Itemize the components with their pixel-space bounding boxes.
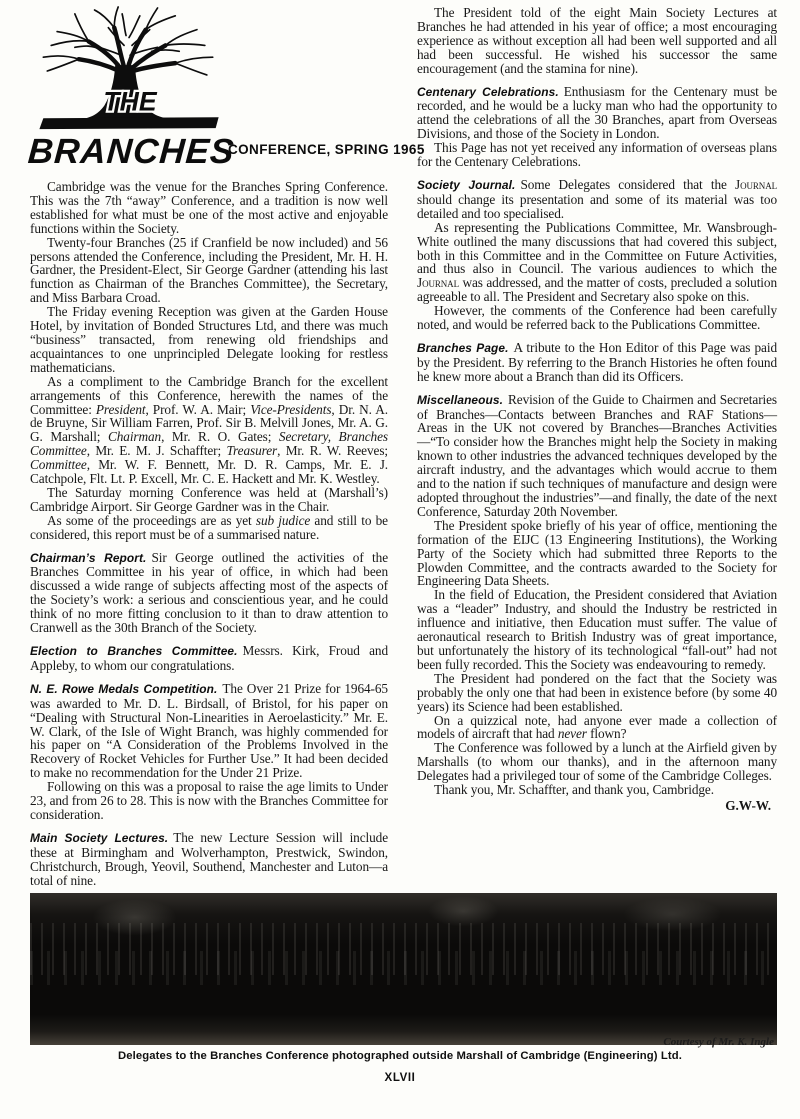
section-heading: Centenary Celebrations.	[417, 85, 564, 99]
text-segment: The Over 21 Prize for 1964-65 was awarde…	[30, 681, 388, 780]
paragraph: As representing the Publications Committ…	[417, 221, 777, 304]
paragraph: However, the comments of the Conference …	[417, 304, 777, 332]
right-column: The President told of the eight Main Soc…	[417, 6, 777, 813]
paragraph: On a quizzical note, had anyone ever mad…	[417, 714, 777, 742]
photo-credit: Courtesy of Mr. K. Ingle	[663, 1036, 774, 1048]
section-heading: Chairman’s Report.	[30, 551, 151, 565]
section-paragraph: Election to Branches Committee.Messrs. K…	[30, 644, 388, 673]
text-segment: Chairman	[108, 429, 161, 444]
text-segment: flown?	[587, 726, 627, 741]
paragraph: Twenty-four Branches (25 if Cranfield be…	[30, 236, 388, 306]
section-heading: Branches Page.	[417, 341, 514, 355]
text-segment: Revision of the Guide to Chairmen and Se…	[417, 392, 777, 519]
text-segment: The Friday evening Reception was given a…	[30, 304, 388, 375]
logo-the-text: THE	[103, 86, 157, 116]
text-segment: Cambridge was the venue for the Branches…	[30, 179, 388, 236]
text-segment: should change its presentation and some …	[417, 192, 777, 221]
paragraph: The President spoke briefly of his year …	[417, 519, 777, 589]
text-segment: In the field of Education, the President…	[417, 587, 777, 672]
text-segment: The Conference was followed by a lunch a…	[417, 740, 777, 783]
page-header: THE BRANCHES CONFERENCE, SPRING 1965	[28, 4, 403, 178]
text-segment: The Saturday morning Conference was held…	[30, 485, 388, 514]
conference-title: CONFERENCE, SPRING 1965	[228, 142, 425, 157]
text-segment: was addressed, and the matter of costs, …	[417, 275, 777, 304]
text-segment: , Mr. R. W. Reeves;	[277, 443, 388, 458]
page-number: XLVII	[0, 1072, 800, 1084]
text-segment: Journal	[735, 177, 777, 192]
text-segment: The President told of the eight Main Soc…	[417, 5, 777, 76]
paragraph: This Page has not yet received any infor…	[417, 141, 777, 169]
text-segment: Twenty-four Branches (25 if Cranfield be…	[30, 235, 388, 306]
section-paragraph: Chairman’s Report.Sir George outlined th…	[30, 551, 388, 635]
journal-page: THE BRANCHES CONFERENCE, SPRING 1965 Cam…	[0, 0, 800, 1119]
paragraph: The President had pondered on the fact t…	[417, 672, 777, 714]
text-segment: Treasurer	[227, 443, 278, 458]
text-segment: , Prof. W. A. Mair;	[145, 402, 250, 417]
author-signature: G.W-W.	[417, 799, 777, 813]
paragraph: As a compliment to the Cambridge Branch …	[30, 375, 388, 486]
paragraph: Cambridge was the venue for the Branches…	[30, 180, 388, 236]
text-segment: Journal	[417, 275, 459, 290]
text-segment: As some of the proceedings are as yet	[47, 513, 256, 528]
paragraph: The Conference was followed by a lunch a…	[417, 741, 777, 783]
text-segment: The President had pondered on the fact t…	[417, 671, 777, 714]
section-heading: Miscellaneous.	[417, 393, 508, 407]
photo-caption: Delegates to the Branches Conference pho…	[0, 1050, 800, 1062]
section-heading: Main Society Lectures.	[30, 831, 173, 845]
ground-bar	[39, 117, 218, 129]
paragraph: The Friday evening Reception was given a…	[30, 305, 388, 375]
branches-tree-logo: THE	[34, 6, 226, 136]
section-paragraph: Branches Page.A tribute to the Hon Edito…	[417, 341, 777, 384]
section-paragraph: Centenary Celebrations.Enthusiasm for th…	[417, 85, 777, 142]
text-segment: never	[558, 726, 587, 741]
section-paragraph: Main Society Lectures.The new Lecture Se…	[30, 831, 388, 888]
text-segment: As representing the Publications Committ…	[417, 220, 777, 277]
section-heading: Society Journal.	[417, 178, 520, 192]
text-segment: , Mr. R. O. Gates;	[161, 429, 279, 444]
text-segment: Vice-Presidents	[250, 402, 331, 417]
logo-branches-text: BRANCHES	[27, 132, 250, 172]
text-segment: Some Delegates considered that the	[520, 177, 735, 192]
text-segment: However, the comments of the Conference …	[417, 303, 777, 332]
conference-photo	[30, 893, 777, 1045]
paragraph: The Saturday morning Conference was held…	[30, 486, 388, 514]
text-segment: Following on this was a proposal to rais…	[30, 779, 388, 822]
left-column: Cambridge was the venue for the Branches…	[30, 180, 388, 888]
text-segment: sub judice	[256, 513, 310, 528]
section-paragraph: Miscellaneous.Revision of the Guide to C…	[417, 393, 777, 519]
section-heading: N. E. Rowe Medals Competition.	[30, 682, 222, 696]
paragraph: The President told of the eight Main Soc…	[417, 6, 777, 76]
text-segment: This Page has not yet received any infor…	[417, 140, 777, 169]
text-segment: The President spoke briefly of his year …	[417, 518, 777, 589]
section-heading: Election to Branches Committee.	[30, 644, 243, 658]
text-segment: President	[96, 402, 146, 417]
section-paragraph: Society Journal.Some Delegates considere…	[417, 178, 777, 221]
text-segment: Thank you, Mr. Schaffter, and thank you,…	[434, 782, 714, 797]
text-segment: Committee	[30, 457, 87, 472]
paragraph: Following on this was a proposal to rais…	[30, 780, 388, 822]
text-segment: , Mr. E. M. J. Schaffter;	[87, 443, 227, 458]
paragraph: In the field of Education, the President…	[417, 588, 777, 671]
paragraph: Thank you, Mr. Schaffter, and thank you,…	[417, 783, 777, 797]
paragraph: As some of the proceedings are as yet su…	[30, 514, 388, 542]
section-paragraph: N. E. Rowe Medals Competition.The Over 2…	[30, 682, 388, 780]
